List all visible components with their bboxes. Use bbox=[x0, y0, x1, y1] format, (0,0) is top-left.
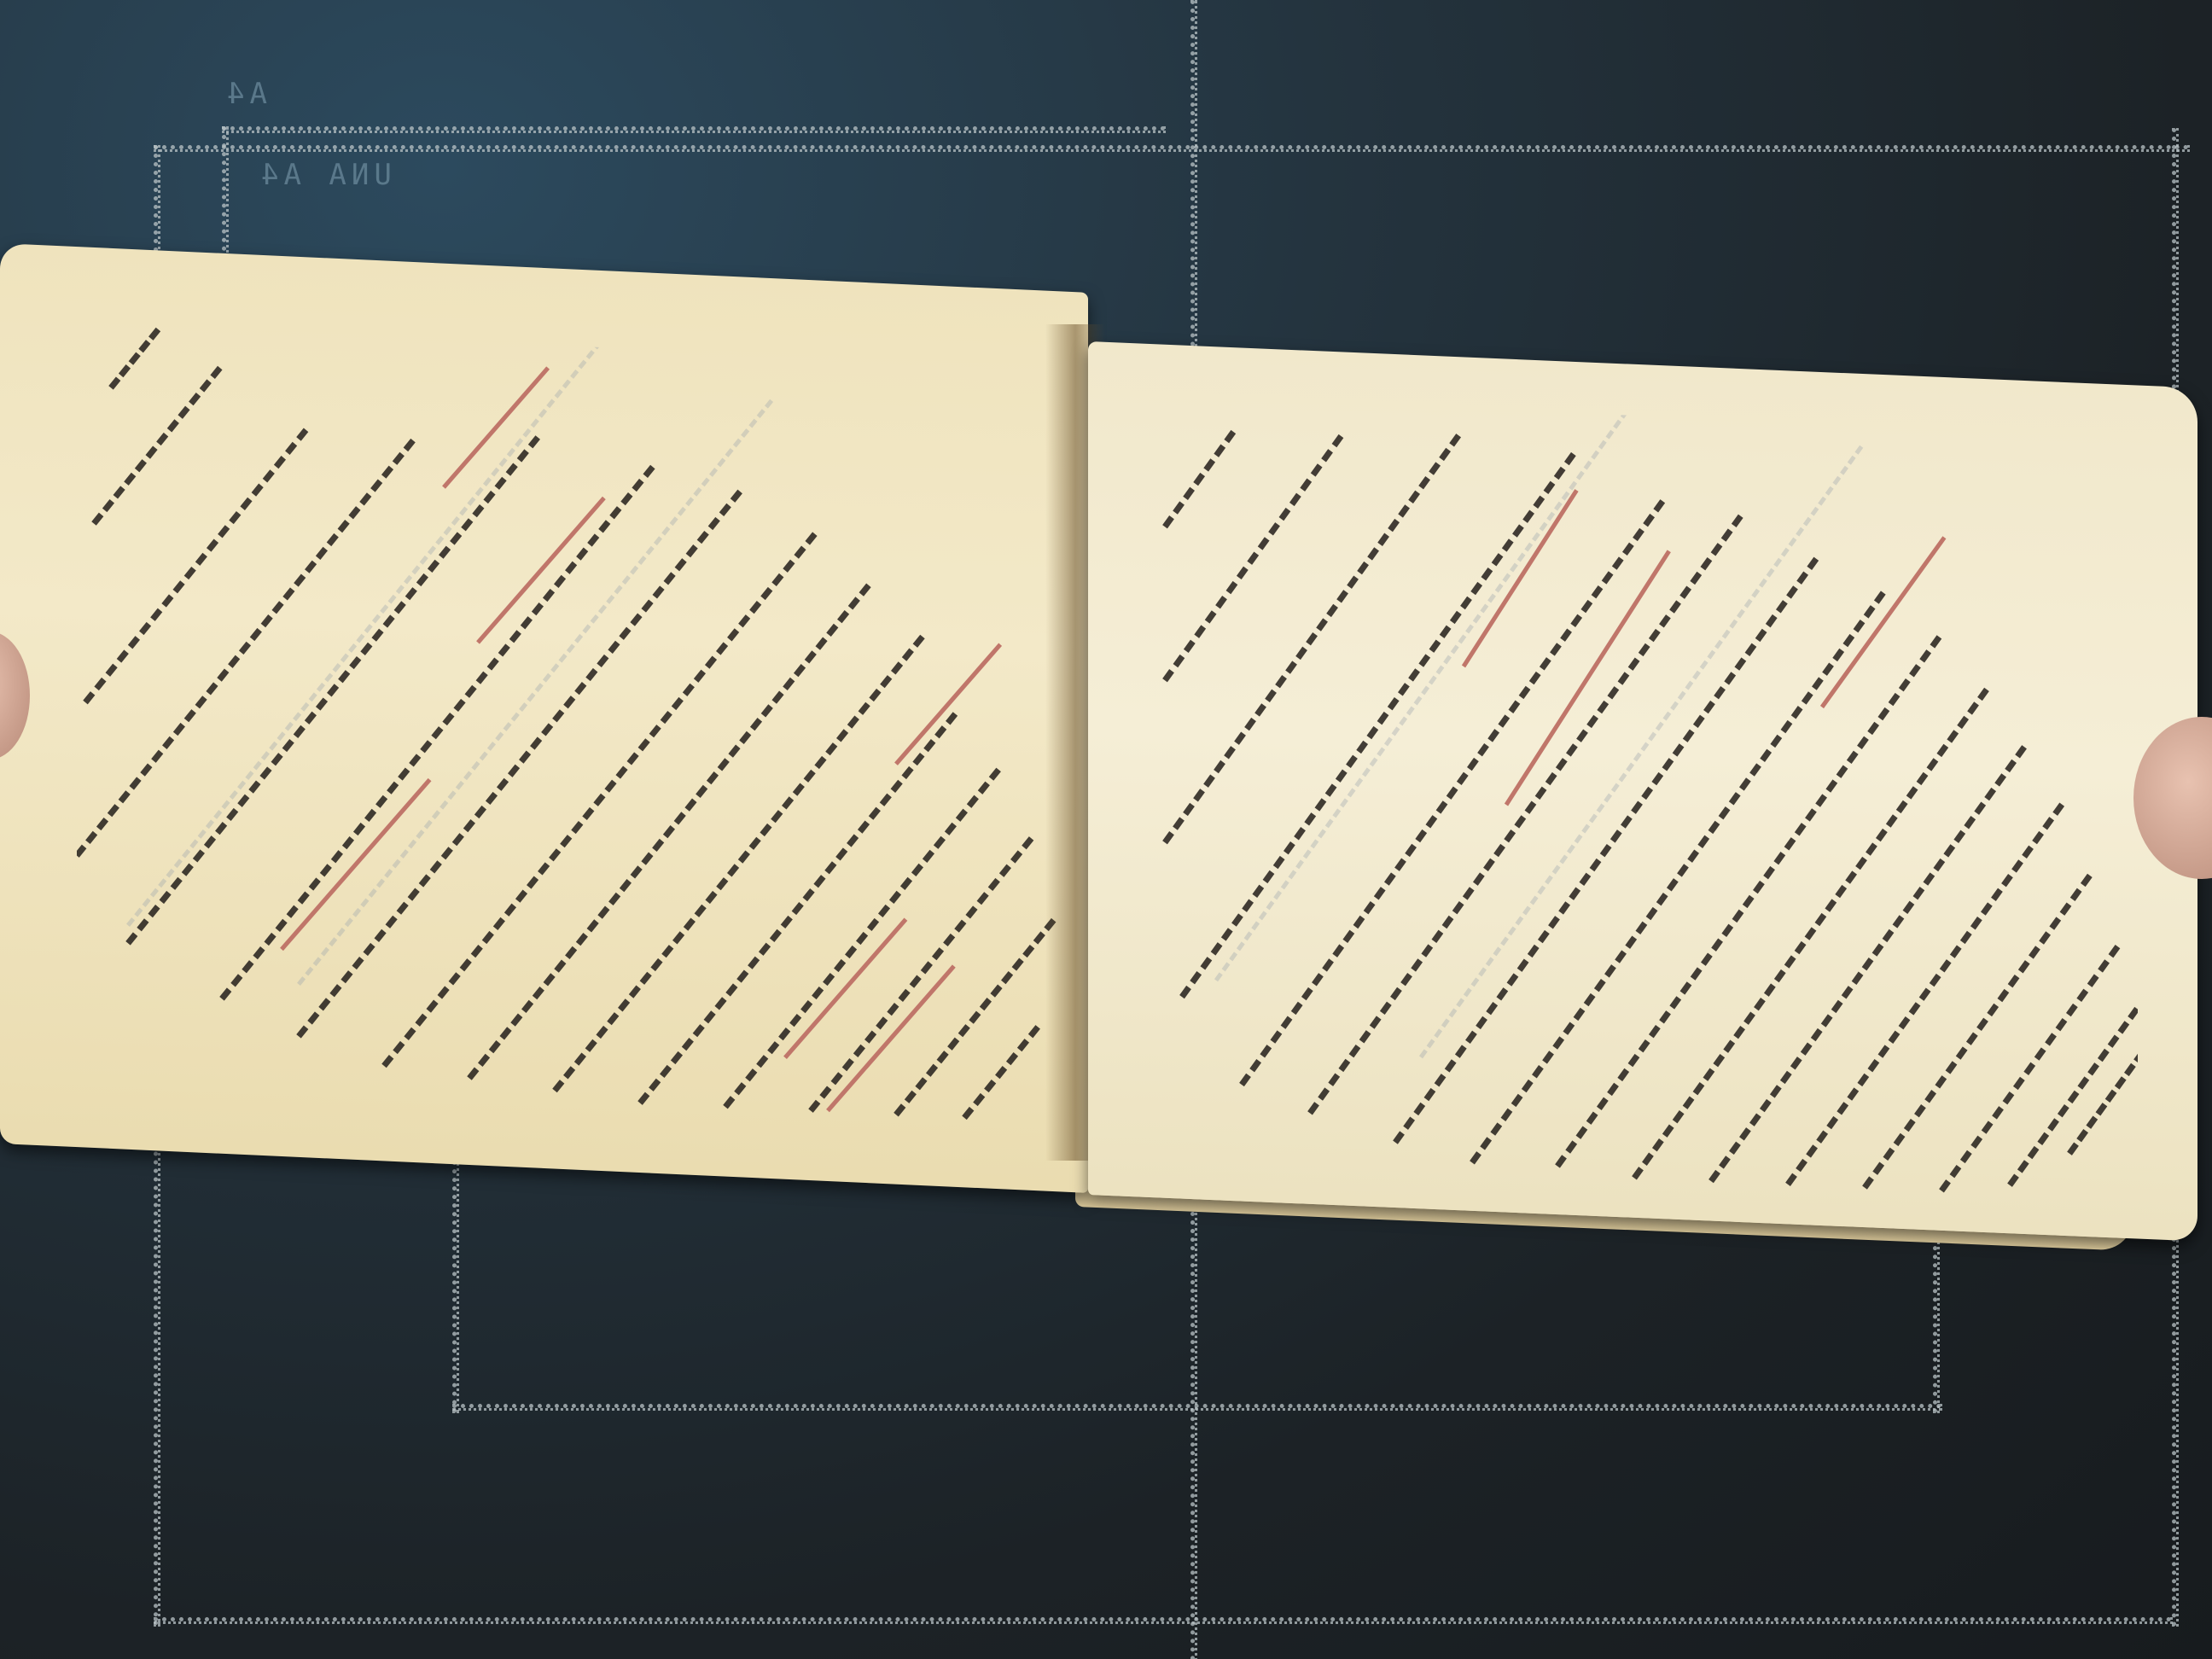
mat-label-second: UNA A4 bbox=[256, 158, 392, 192]
rubric-mark bbox=[1505, 550, 1671, 806]
mat-grid-line bbox=[1190, 0, 1197, 364]
handwritten-text-block-right bbox=[1148, 395, 2138, 1205]
rubric-mark bbox=[476, 497, 606, 644]
mat-grid-line bbox=[154, 1617, 2173, 1624]
rubric-mark bbox=[1820, 536, 1946, 708]
mat-grid-line bbox=[154, 145, 2190, 152]
manuscript-left-page[interactable] bbox=[0, 243, 1088, 1193]
mat-grid-line bbox=[222, 126, 229, 259]
rubric-mark bbox=[894, 643, 1002, 765]
mat-grid-line bbox=[1190, 1161, 1197, 1659]
rubric-mark bbox=[280, 778, 431, 951]
mat-label-top: A4 bbox=[222, 77, 267, 111]
mat-grid-line bbox=[452, 1404, 1942, 1411]
mat-grid-line bbox=[452, 1126, 459, 1413]
handwritten-text-block-left bbox=[77, 323, 1058, 1136]
mat-grid-line bbox=[222, 126, 1166, 133]
manuscript-right-page[interactable] bbox=[1088, 341, 2197, 1241]
